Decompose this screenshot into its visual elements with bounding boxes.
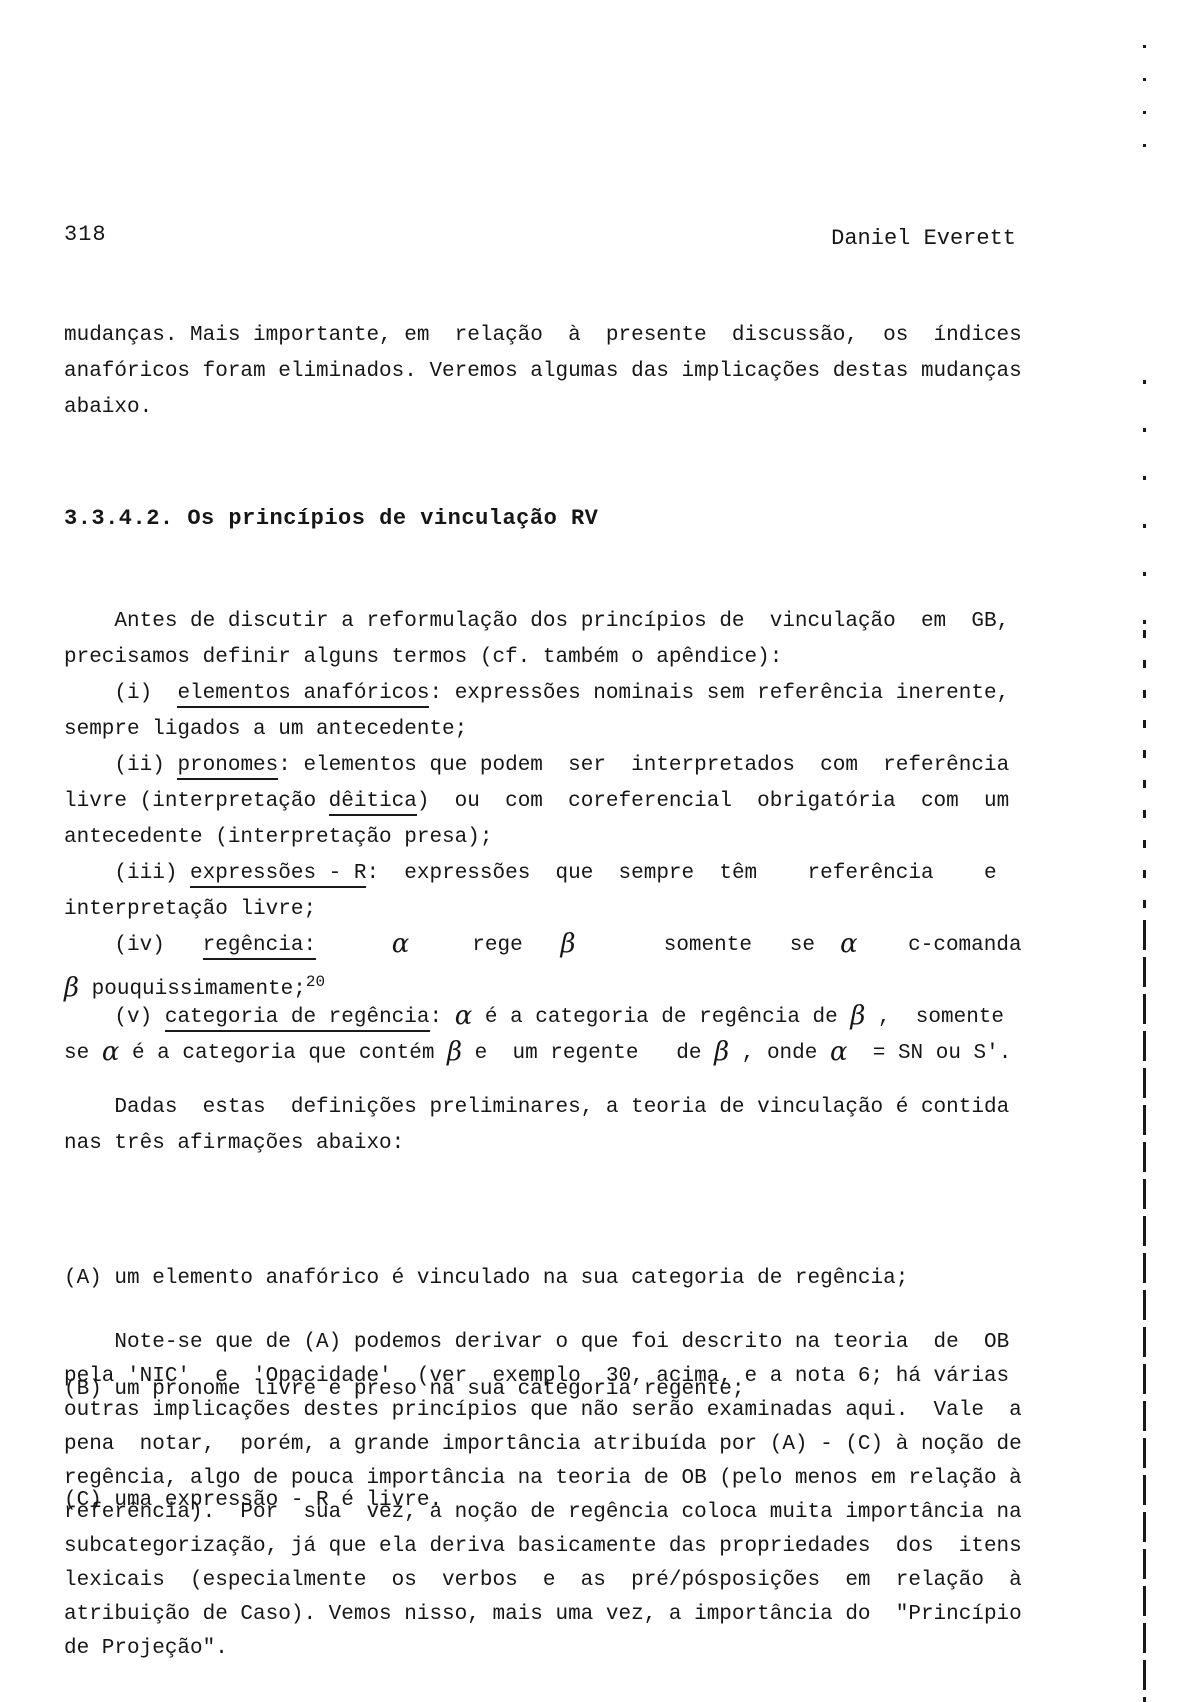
definition-marker: (iv) [64,934,203,957]
greek-alpha: α [455,1001,473,1031]
lead-paragraph: Antes de discutir a reformulação dos pri… [64,604,1032,676]
definition-body: somente se [576,934,841,957]
scan-margin-line-artifact [1143,45,1146,160]
definition-body: = SN ou S'. [848,1042,1012,1065]
underlined-term: categoria de regência [165,1006,430,1032]
greek-alpha: α [102,1037,120,1067]
section-heading: 3.3.4.2. Os princípios de vinculação RV [64,506,598,531]
greek-alpha: α [830,1037,848,1067]
definition-body: , onde [729,1042,830,1065]
underlined-term: regência: [203,934,316,960]
definition-body: e um regente de [462,1042,714,1065]
greek-beta: β [560,929,575,959]
greek-alpha: α [840,929,858,959]
footnote-reference: 20 [306,973,325,991]
definition-body: : [430,1006,455,1029]
definition-item-i: (i) elementos anafóricos: expressões nom… [64,676,1032,748]
underlined-term: dêitica [329,790,417,816]
definition-body: é a categoria que contém [119,1042,447,1065]
underlined-term: expressões - R [190,862,366,888]
definition-item-iii: (iii) expressões - R: expressões que sem… [64,856,1032,928]
scan-margin-line-artifact [1143,920,1146,1702]
definition-marker: (v) [64,1006,165,1029]
definition-body [316,934,392,957]
underlined-term: pronomes [177,754,278,780]
bridge-paragraph: Dadas estas definições preliminares, a t… [64,1090,1032,1162]
scan-margin-line-artifact [1143,380,1146,630]
greek-beta: β [714,1037,729,1067]
definition-marker: (i) [64,682,177,705]
intro-paragraph: mudanças. Mais importante, em relação à … [64,318,1032,426]
running-head-author: Daniel Everett [831,226,1016,251]
definition-marker: (iii) [64,862,190,885]
definition-item-ii: (ii) pronomes: elementos que podem ser i… [64,748,1032,856]
greek-beta: β [447,1037,462,1067]
definition-body: c-comanda [858,934,1022,957]
definition-body: rege [409,934,560,957]
greek-beta: β [64,973,79,1003]
definition-body: pouquissimamente; [79,978,306,1001]
document-page: 318 Daniel Everett mudanças. Mais import… [0,0,1184,1702]
definition-body: é a categoria de regência de [472,1006,850,1029]
greek-beta: β [850,1001,865,1031]
closing-paragraph: Note-se que de (A) podemos derivar o que… [64,1326,1032,1666]
scan-margin-line-artifact [1143,630,1146,920]
principle-a: (A) um elemento anafórico é vinculado na… [64,1260,1032,1297]
page-number: 318 [64,222,107,247]
definition-marker: (ii) [64,754,177,777]
greek-alpha: α [392,929,410,959]
underlined-term: elementos anafóricos [177,682,429,708]
definition-item-iv: (iv) regência: α rege β somente se α c-c… [64,928,1032,1008]
definition-item-v: (v) categoria de regência: α é a categor… [64,1000,1032,1072]
